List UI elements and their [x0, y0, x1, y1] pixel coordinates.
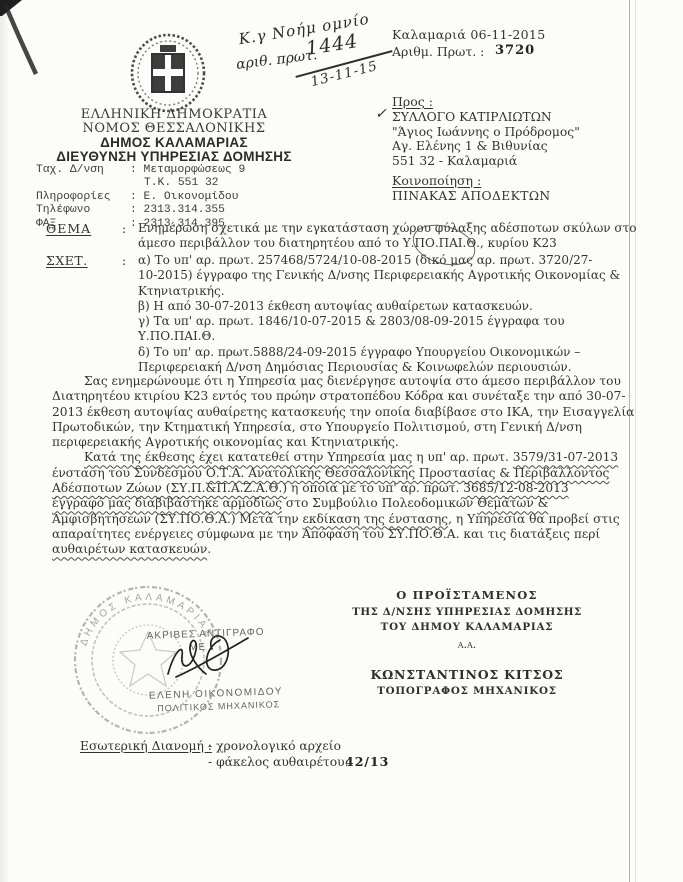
- signatory-title: ΤΟΠΟΓΡΑΦΟΣ ΜΗΧΑΝΙΚΟΣ: [352, 685, 582, 697]
- references-colon: :: [122, 253, 126, 268]
- subject-text: Ενημέρωση σχετικά με την εγκατάσταση χώρ…: [138, 221, 622, 252]
- protocol-number: 3720: [495, 43, 535, 58]
- letterhead: ΕΛΛΗΝΙΚΗ ΔΗΜΟΚΡΑΤΙΑ ΝΟΜΟΣ ΘΕΣΣΑΛΟΝΙΚΗΣ Δ…: [18, 108, 330, 164]
- cc-label: Κοινοποίηση :: [392, 173, 481, 188]
- subject-line: άμεσο περιβάλλον του διατηρητέου από το …: [138, 236, 622, 251]
- signatory-name: ΚΩΝΣΤΑΝΤΙΝΟΣ ΚΙΤΣΟΣ: [352, 667, 582, 682]
- scanned-letter-page: ΕΛΛΗΝΙΚΗ ΔΗΜΟΚΡΑΤΙΑ ΝΟΜΟΣ ΘΕΣΣΑΛΟΝΙΚΗΣ Δ…: [0, 0, 683, 882]
- pen-underlined-text: 3579/31-07-2013: [513, 450, 618, 464]
- body-line: Σας ενημερώνουμε ότι η Υπηρεσία μας διεν…: [52, 374, 626, 389]
- internal-distribution-item-2: - φάκελος αυθαιρέτου:: [208, 755, 349, 769]
- scan-edge-line-light: [635, 0, 636, 882]
- reference-line: β) Η από 30-07-2013 έκθεση αυτοψίας αυθα…: [138, 299, 624, 314]
- body-line: ένσταση του Συνδέσμου Ο.Τ.Α. Ανατολικής …: [52, 466, 626, 481]
- case-file-number: 42/13: [345, 754, 389, 769]
- letter-body: Σας ενημερώνουμε ότι η Υπηρεσία μας διεν…: [52, 374, 626, 558]
- greek-national-emblem-icon: [127, 30, 209, 114]
- letterhead-municipality: ΔΗΜΟΣ ΚΑΛΑΜΑΡΙΑΣ: [18, 136, 330, 150]
- contact-value: : 2313.314.355: [130, 204, 225, 217]
- reference-line: Κτηνιατρικής.: [138, 284, 624, 299]
- body-text: ένσταση του Συνδέσμου: [52, 466, 206, 480]
- signatory-by-proxy: α.α.: [352, 638, 582, 651]
- contact-row-phone: Τηλέφωνο: 2313.314.355: [36, 204, 336, 217]
- pen-underlined-text: Κατά της έκθεσης έχει κατατεθεί στην Υπη…: [84, 450, 412, 464]
- contact-value: : Ε. Οικονομίδου: [130, 191, 238, 204]
- reference-line: 10-2015) έγγραφο της Γενικής Δ/νσης Περι…: [138, 268, 624, 283]
- letterhead-prefecture: ΝΟΜΟΣ ΘΕΣΣΑΛΟΝΙΚΗΣ: [18, 122, 330, 136]
- body-text: στο Συμβούλιο Πολεοδομικών: [282, 496, 477, 510]
- corner-scan-artifact: [0, 0, 48, 78]
- contact-label: Πληροφορίες: [36, 191, 130, 204]
- body-paragraph-1: Σας ενημερώνουμε ότι η Υπηρεσία μας διεν…: [52, 374, 626, 450]
- contact-row-info: Πληροφορίες: Ε. Οικονομίδου: [36, 191, 336, 204]
- internal-distribution-item-1: - χρονολογικό αρχείο: [208, 739, 341, 753]
- contact-value: : Μεταμορφώσεως 9: [130, 164, 245, 177]
- pen-underlined-text: εκδίκαση της ένστασης: [303, 512, 449, 526]
- contact-value: Τ.Κ. 551 32: [130, 177, 219, 190]
- references-list: α) Το υπ' αρ. πρωτ. 257468/5724/10-08-20…: [138, 253, 624, 375]
- subject-circled-code: Κ23: [532, 236, 556, 250]
- body-line: απαραίτητες ενέργειες σύμφωνα με την Από…: [52, 527, 626, 542]
- body-text: , η Υπηρεσία θα προβεί στις: [448, 512, 620, 526]
- signatory-directorate: ΤΗΣ Δ/ΝΣΗΣ ΥΠΗΡΕΣΙΑΣ ΔΟΜΗΣΗΣ: [352, 606, 582, 618]
- contact-row-postcode: Τ.Κ. 551 32: [36, 177, 336, 190]
- body-text: η οποία με το υπ' αρ. πρωτ.: [287, 481, 463, 495]
- place-and-date: Καλαμαριά 06-11-2015: [392, 27, 545, 42]
- pen-underlined-text: αυθαιρέτων κατασκευών: [52, 542, 207, 556]
- body-paragraph-2: Κατά της έκθεσης έχει κατατεθεί στην Υπη…: [52, 450, 626, 557]
- contact-label-empty: [36, 177, 130, 190]
- subject-label: ΘΕΜΑ: [46, 221, 91, 236]
- signatory-municipality: ΤΟΥ ΔΗΜΟΥ ΚΑΛΑΜΑΡΙΑΣ: [352, 621, 582, 633]
- reference-line: α) Το υπ' αρ. πρωτ. 257468/5724/10-08-20…: [138, 253, 624, 268]
- subject-line: Ενημέρωση σχετικά με την εγκατάσταση χώρ…: [138, 221, 622, 236]
- contact-label: Ταχ. Δ/νση: [36, 164, 130, 177]
- contact-label: Τηλέφωνο: [36, 204, 130, 217]
- signature-block: Ο ΠΡΟΪΣΤΑΜΕΝΟΣ ΤΗΣ Δ/ΝΣΗΣ ΥΠΗΡΕΣΙΑΣ ΔΟΜΗ…: [352, 588, 582, 697]
- body-text: .: [207, 542, 211, 556]
- body-line: Αδέσποτων Ζώων (ΣΥ.Π.&Π.Α.Ζ.Α.Θ.) η οποί…: [52, 481, 626, 496]
- reference-line: δ) Το υπ' αρ. πρωτ.5888/24-09-2015 έγγρα…: [138, 345, 624, 360]
- cc-line: ΠΙΝΑΚΑΣ ΑΠΟΔΕΚΤΩΝ: [392, 189, 551, 203]
- recipient-line: Αγ. Ελένης 1 & Βιθυνίας: [392, 139, 580, 154]
- signature-scribble: [162, 630, 258, 684]
- body-line: αυθαιρέτων κατασκευών.: [52, 542, 626, 557]
- body-text: Αμφισβητήσεων (ΣΥ.ΠΟ.Θ.Α.) Μετά την: [52, 512, 303, 526]
- to-label: Προς :: [392, 94, 433, 109]
- subject-colon: :: [122, 221, 126, 236]
- body-line: έγγραφό μας διαβιβάστηκε αρμοδίως στο Συ…: [52, 496, 626, 511]
- body-line: Διατηρητέου κτιρίου Κ23 εντός του πρώην …: [52, 389, 626, 404]
- body-line: περιφερειακής Αγροτικής οικονομίας και Κ…: [52, 435, 626, 450]
- signatory-role: Ο ΠΡΟΪΣΤΑΜΕΝΟΣ: [352, 588, 582, 602]
- reference-line: Υ.ΠΟ.ΠΑΙ.Θ.: [138, 329, 624, 344]
- letterhead-directorate: ΔΙΕΥΘΥΝΣΗ ΥΠΗΡΕΣΙΑΣ ΔΟΜΗΣΗΣ: [18, 150, 330, 164]
- body-text: απαραίτητες ενέργειες σύμφωνα με την Από…: [52, 527, 600, 541]
- body-line: Κατά της έκθεσης έχει κατατεθεί στην Υπη…: [52, 450, 626, 465]
- pen-underlined-text: έγγραφό μας διαβιβάστηκε αρμοδίως: [52, 496, 282, 510]
- recipient-line: 551 32 - Καλαμαριά: [392, 154, 580, 169]
- recipient-block: ΣΥΛΛΟΓΟ ΚΑΤΙΡΛΙΩΤΩΝ "Άγιος Ιωάννης ο Πρό…: [392, 110, 580, 168]
- pen-underlined-text: Αδέσποτων Ζώων (ΣΥ.Π.&Π.Α.Ζ.Α.Θ.): [52, 481, 287, 495]
- handwritten-checkmark: ✓: [375, 106, 387, 122]
- pen-underlined-text: Θεμάτων &: [477, 496, 548, 510]
- recipient-line: "Άγιος Ιωάννης ο Πρόδρομος": [392, 125, 580, 140]
- body-line: Πρωτοδικών, την Κτηματική Υπηρεσία, στο …: [52, 420, 626, 435]
- pen-underlined-text: Ο.Τ.Α. Ανατολικής Θεσσαλονίκης Προστασία…: [206, 466, 610, 480]
- body-line: Αμφισβητήσεων (ΣΥ.ΠΟ.Θ.Α.) Μετά την εκδί…: [52, 512, 626, 527]
- scan-edge-shadow: [0, 0, 10, 882]
- recipient-line: ΣΥΛΛΟΓΟ ΚΑΤΙΡΛΙΩΤΩΝ: [392, 110, 580, 125]
- body-text: η υπ' αρ. πρωτ.: [412, 450, 512, 464]
- references-label: ΣΧΕΤ.: [46, 253, 88, 268]
- pen-underlined-text: 3685/12-08-2013: [463, 481, 568, 495]
- letterhead-republic: ΕΛΛΗΝΙΚΗ ΔΗΜΟΚΡΑΤΙΑ: [18, 108, 330, 122]
- protocol-label: Αριθμ. Πρωτ. :: [392, 44, 484, 59]
- internal-distribution-label: Εσωτερική Διανομή :: [80, 739, 212, 753]
- reference-line: γ) Τα υπ' αρ. πρωτ. 1846/10-07-2015 & 28…: [138, 314, 624, 329]
- scan-edge-line: [629, 0, 630, 882]
- body-line: 2013 έκθεση αυτοψίας αυθαίρετης κατασκευ…: [52, 405, 626, 420]
- contact-row-address: Ταχ. Δ/νση: Μεταμορφώσεως 9: [36, 164, 336, 177]
